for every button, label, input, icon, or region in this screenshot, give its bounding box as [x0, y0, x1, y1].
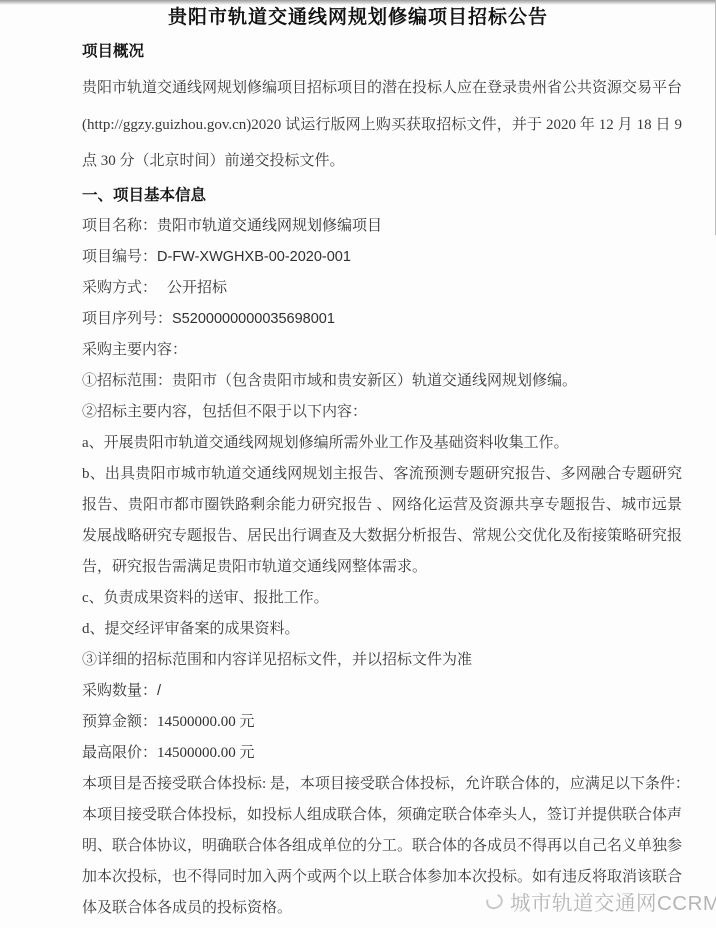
scope-line-1: ①招标范围：贵阳市（包含贵阳市域和贵安新区）轨道交通线网规划修编。 [82, 366, 682, 397]
scope-line-b: b、出具贵阳市城市轨道交通线网规划主报告、客流预测专题研究报告、多网融合专题研究… [82, 459, 682, 583]
field-budget: 预算金额：14500000.00 元 [82, 707, 682, 738]
field-value: 贵阳市轨道交通线网规划修编项目 [157, 218, 382, 234]
field-label: 预算金额： [82, 714, 157, 730]
field-value: S5200000000035698001 [172, 311, 335, 327]
field-max-price: 最高限价：14500000.00 元 [82, 738, 682, 769]
page-title: 贵阳市轨道交通线网规划修编项目招标公告 [0, 0, 716, 30]
field-label: 项目序列号： [82, 311, 172, 327]
field-project-number: 项目编号：D-FW-XWGHXB-00-2020-001 [82, 242, 682, 273]
consortium-statement: 本项目是否接受联合体投标: 是，本项目接受联合体投标，允许联合体的，应满足以下条… [82, 769, 682, 800]
scope-line-a: a、开展贵阳市轨道交通线网规划修编所需外业工作及基础资料收集工作。 [82, 428, 682, 459]
field-value: 14500000.00 元 [157, 714, 255, 730]
field-label: 采购主要内容： [82, 342, 187, 358]
ccrm-logo-icon [484, 891, 506, 912]
field-procurement-content: 采购主要内容： [82, 335, 682, 366]
document-body: 项目概况 贵阳市轨道交通线网规划修编项目招标项目的潜在投标人应在登录贵州省公共资… [0, 36, 716, 924]
field-value: / [157, 683, 161, 699]
watermark: 城市轨道交通网CCRM [486, 886, 716, 916]
scope-line-c: c、负责成果资料的送审、报批工作。 [82, 583, 682, 614]
field-value: D-FW-XWGHXB-00-2020-001 [157, 249, 351, 265]
scope-line-3: ③详细的招标范围和内容详见招标文件，并以招标文件为准 [82, 645, 682, 676]
overview-heading: 项目概况 [82, 36, 682, 67]
field-project-name: 项目名称：贵阳市轨道交通线网规划修编项目 [82, 211, 682, 242]
field-label: 项目名称： [82, 218, 157, 234]
basic-info-lines: 项目名称：贵阳市轨道交通线网规划修编项目 项目编号：D-FW-XWGHXB-00… [82, 211, 682, 924]
field-label: 采购方式： [82, 280, 157, 296]
field-label: 最高限价： [82, 745, 157, 761]
field-value: 公开招标 [167, 280, 227, 296]
basic-info-heading: 一、项目基本信息 [82, 180, 682, 211]
field-procurement-method: 采购方式：公开招标 [82, 273, 682, 304]
overview-paragraph: 贵阳市轨道交通线网规划修编项目招标项目的潜在投标人应在登录贵州省公共资源交易平台… [82, 70, 682, 180]
field-label: 采购数量： [82, 683, 157, 699]
field-quantity: 采购数量：/ [82, 676, 682, 707]
field-project-serial: 项目序列号：S5200000000035698001 [82, 304, 682, 335]
scope-line-d: d、提交经评审备案的成果资料。 [82, 614, 682, 645]
scope-line-2: ②招标主要内容，包括但不限于以下内容： [82, 397, 682, 428]
watermark-text: 城市轨道交通网CCRM [510, 886, 716, 916]
field-value: 14500000.00 元 [157, 745, 255, 761]
field-label: 项目编号： [82, 249, 157, 265]
